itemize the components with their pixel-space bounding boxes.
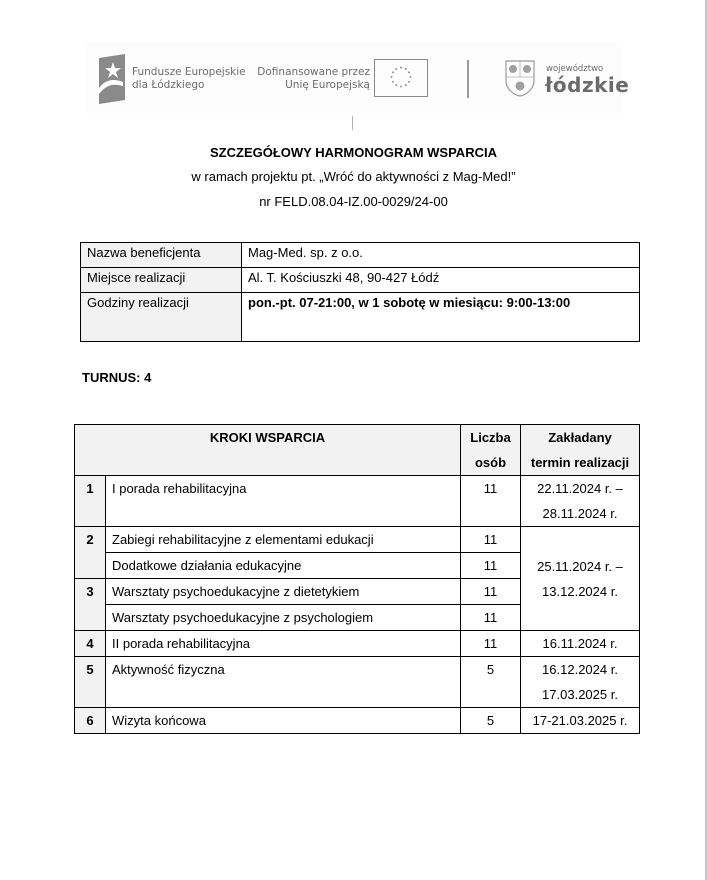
- step-name: Aktywność fizyczna: [106, 657, 461, 708]
- step-number: 2: [75, 527, 106, 579]
- step-name: Dodatkowe działania edukacyjne: [106, 553, 461, 579]
- info-value: Mag-Med. sp. z o.o.: [242, 243, 640, 268]
- info-row: Nazwa beneficjenta Mag-Med. sp. z o.o.: [81, 243, 640, 268]
- eu-cofinanced-text: Dofinansowane przez Unię Europejską: [255, 66, 370, 92]
- table-row: 4 II porada rehabilitacyjna 11 16.11.202…: [75, 631, 640, 657]
- lodzkie-crest-icon: [504, 59, 536, 97]
- step-name: I porada rehabilitacyjna: [106, 476, 461, 527]
- header-date: Zakładany termin realizacji: [521, 425, 640, 476]
- project-subtitle: w ramach projektu pt. „Wróć do aktywnośc…: [0, 169, 707, 184]
- step-date-merged: 25.11.2024 r. – 13.12.2024 r.: [521, 527, 640, 631]
- funds-logo-text: Fundusze Europejskie dla Łódzkiego: [132, 66, 246, 92]
- step-name: Wizyta końcowa: [106, 708, 461, 734]
- info-label: Miejsce realizacji: [81, 268, 242, 293]
- text-cursor: [352, 116, 353, 130]
- step-date-line2: 28.11.2024 r.: [523, 501, 637, 526]
- project-number: nr FELD.08.04-IZ.00-0029/24-00: [0, 194, 707, 209]
- step-date: 17-21.03.2025 r.: [521, 708, 640, 734]
- step-name: Warsztaty psychoedukacyjne z psychologie…: [106, 605, 461, 631]
- info-value: pon.-pt. 07-21:00, w 1 sobotę w miesiącu…: [242, 293, 640, 342]
- step-number: 4: [75, 631, 106, 657]
- funds-line2: dla Łódzkiego: [132, 79, 246, 92]
- step-date-line1: 25.11.2024 r. –: [523, 554, 637, 579]
- step-date-line1: 22.11.2024 r. –: [523, 476, 637, 501]
- info-label: Nazwa beneficjenta: [81, 243, 242, 268]
- header-date-line1: Zakładany: [523, 425, 637, 450]
- step-count: 11: [461, 579, 521, 605]
- table-row: 2 Zabiegi rehabilitacyjne z elementami e…: [75, 527, 640, 553]
- step-count: 5: [461, 657, 521, 708]
- document-title: SZCZEGÓŁOWY HARMONOGRAM WSPARCIA: [0, 145, 707, 160]
- funds-logo-icon: [97, 54, 127, 104]
- support-steps-table: KROKI WSPARCIA Liczba osób Zakładany ter…: [74, 424, 640, 734]
- logo-separator: [467, 60, 469, 98]
- info-value: Al. T. Kościuszki 48, 90-427 Łódź: [242, 268, 640, 293]
- step-number: 6: [75, 708, 106, 734]
- step-count: 11: [461, 605, 521, 631]
- table-row: 1 I porada rehabilitacyjna 11 22.11.2024…: [75, 476, 640, 527]
- step-date-line2: 17.03.2025 r.: [523, 682, 637, 707]
- header-date-line2: termin realizacji: [523, 450, 637, 475]
- table-header-row: KROKI WSPARCIA Liczba osób Zakładany ter…: [75, 425, 640, 476]
- header-count-line2: osób: [465, 450, 516, 475]
- step-date-line2: 13.12.2024 r.: [523, 579, 637, 604]
- step-date-line1: 16.12.2024 r.: [523, 657, 637, 682]
- eu-line1: Dofinansowane przez: [255, 66, 370, 79]
- step-count: 11: [461, 631, 521, 657]
- step-name: Zabiegi rehabilitacyjne z elementami edu…: [106, 527, 461, 553]
- step-number: 5: [75, 657, 106, 708]
- beneficiary-info-table: Nazwa beneficjenta Mag-Med. sp. z o.o. M…: [80, 242, 640, 342]
- step-number: 3: [75, 579, 106, 631]
- step-count: 5: [461, 708, 521, 734]
- step-date: 16.11.2024 r.: [521, 631, 640, 657]
- logo-bar: Fundusze Europejskie dla Łódzkiego Dofin…: [85, 42, 623, 114]
- turnus-label: TURNUS: 4: [82, 370, 151, 385]
- step-count: 11: [461, 527, 521, 553]
- info-row: Miejsce realizacji Al. T. Kościuszki 48,…: [81, 268, 640, 293]
- step-name: II porada rehabilitacyjna: [106, 631, 461, 657]
- step-date: 22.11.2024 r. – 28.11.2024 r.: [521, 476, 640, 527]
- step-date: 16.12.2024 r. 17.03.2025 r.: [521, 657, 640, 708]
- eu-line2: Unię Europejską: [255, 79, 370, 92]
- step-name: Warsztaty psychoedukacyjne z dietetykiem: [106, 579, 461, 605]
- step-number: 1: [75, 476, 106, 527]
- table-row: 5 Aktywność fizyczna 5 16.12.2024 r. 17.…: [75, 657, 640, 708]
- table-row: 6 Wizyta końcowa 5 17-21.03.2025 r.: [75, 708, 640, 734]
- funds-line1: Fundusze Europejskie: [132, 66, 246, 79]
- eu-flag-icon: [374, 59, 428, 97]
- step-count: 11: [461, 476, 521, 527]
- header-count: Liczba osób: [461, 425, 521, 476]
- header-count-line1: Liczba: [465, 425, 516, 450]
- info-label: Godziny realizacji: [81, 293, 242, 342]
- voivodeship-name: łódzkie: [545, 73, 629, 97]
- info-row: Godziny realizacji pon.-pt. 07-21:00, w …: [81, 293, 640, 342]
- header-steps: KROKI WSPARCIA: [75, 425, 461, 476]
- step-count: 11: [461, 553, 521, 579]
